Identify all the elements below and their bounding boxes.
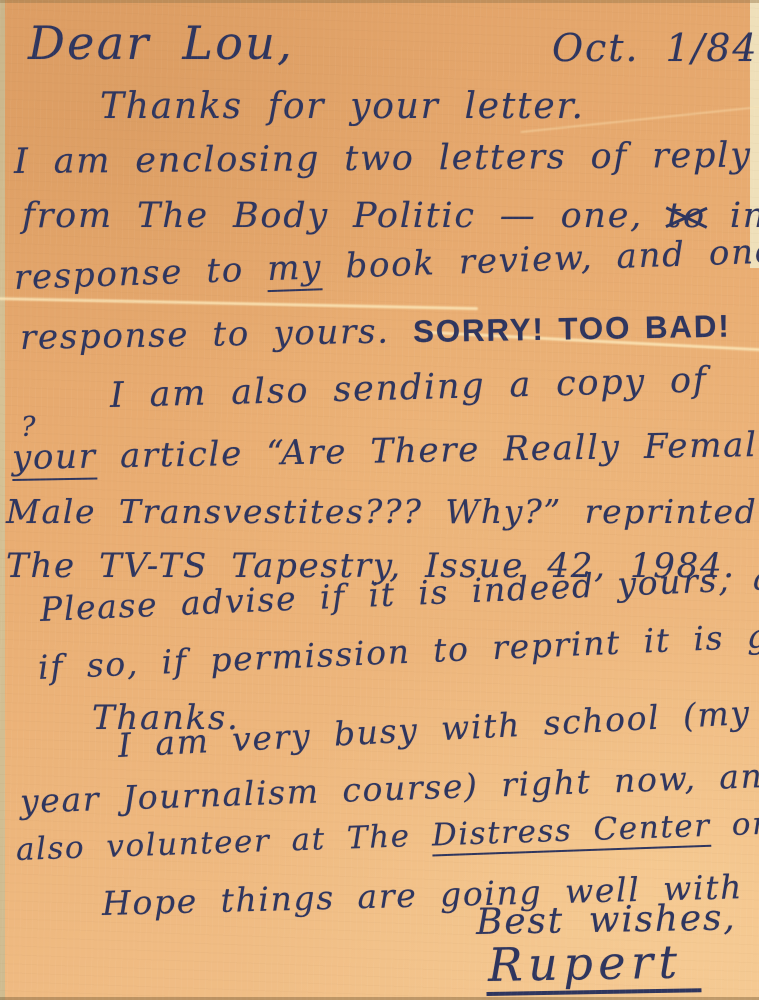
- body-line: Male Transvestites??? Why?” reprinted in: [6, 492, 759, 531]
- text-segment: response to yours.: [20, 311, 414, 358]
- body-line: response to yours. SORRY! TOO BAD!: [20, 306, 731, 358]
- annotation-mark: ?: [21, 412, 38, 443]
- text-segment: Dear Lou,: [28, 16, 294, 70]
- text-segment: book review, and one in: [321, 229, 759, 287]
- text-segment: in: [706, 196, 759, 236]
- text-segment: SORRY! TOO BAD!: [413, 309, 731, 350]
- text-segment: Rupert: [486, 934, 702, 996]
- date-line: Oct. 1/84: [552, 26, 758, 70]
- text-segment: once a week.: [710, 799, 759, 844]
- body-line: I am also sending a copy of: [109, 360, 708, 416]
- salutation: Dear Lou,: [28, 16, 294, 70]
- signature: Rupert: [486, 934, 701, 992]
- text-segment: Male Transvestites??? Why?” reprinted in: [6, 492, 759, 531]
- text-segment: Thanks for your letter.: [100, 86, 585, 127]
- text-segment: article “Are There Really Female-To-: [96, 423, 759, 476]
- paper-edge-left: [0, 0, 5, 1000]
- text-segment: I am also sending a copy of: [109, 360, 708, 416]
- body-line: Thanks for your letter.: [100, 86, 585, 127]
- paper-edge-top: [0, 0, 759, 3]
- body-line: from The Body Politic — one, to in: [22, 196, 759, 236]
- text-segment: response to: [13, 249, 268, 298]
- text-segment: also volunteer at The: [15, 817, 432, 867]
- text-segment: my: [267, 247, 323, 292]
- body-line: response to my book review, and one in: [13, 229, 759, 298]
- text-segment: to: [667, 196, 706, 236]
- text-segment: I am enclosing two letters of reply: [14, 136, 752, 182]
- text-segment: your?: [12, 437, 97, 481]
- text-segment: Distress Center: [431, 808, 711, 857]
- paper-crease: [0, 297, 478, 310]
- body-line: your? article “Are There Really Female-T…: [12, 423, 759, 478]
- letter-page: Dear Lou,Oct. 1/84Thanks for your letter…: [0, 0, 759, 1000]
- body-line: I am enclosing two letters of reply: [14, 136, 752, 182]
- text-segment: Oct. 1/84: [552, 26, 758, 70]
- text-segment: from The Body Politic — one,: [22, 196, 667, 236]
